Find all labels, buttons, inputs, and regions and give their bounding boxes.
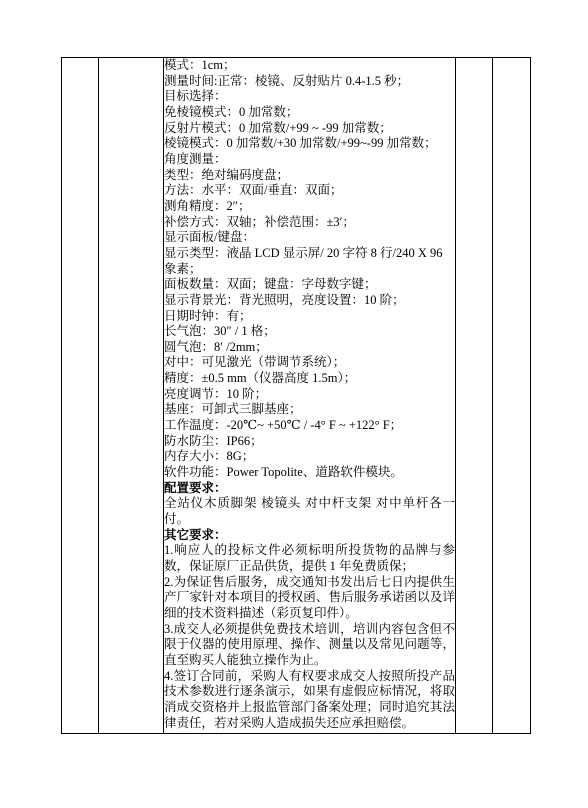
spec-line: 显示面板/键盘： [164, 230, 455, 246]
spec-line: 显示背景光：背光照明，亮度设置：10 阶； [164, 293, 455, 309]
spec-line: 类型：绝对编码度盘； [164, 168, 455, 184]
empty-cell-left-2 [99, 58, 164, 734]
document-page: 模式：1cm； 测量时间:正常：棱镜、反射贴片 0.4-1.5 秒； 目标选择：… [0, 0, 588, 808]
spec-line: 日期时钟：有； [164, 309, 455, 325]
spec-line: 对中：可见激光（带调节系统）； [164, 355, 455, 371]
spec-line: 圆气泡：8′ /2mm； [164, 340, 455, 356]
spec-line: 亮度调节：10 阶； [164, 387, 455, 403]
spec-content-cell: 模式：1cm； 测量时间:正常：棱镜、反射贴片 0.4-1.5 秒； 目标选择：… [164, 58, 456, 734]
other-requirement-item: 3.成交人必须提供免费技术培训，培训内容包含但不限于仪器的使用原理、操作、测量以… [164, 622, 455, 669]
spec-line: 长气泡：30″ / 1 格； [164, 324, 455, 340]
spec-line: 棱镜模式：0 加常数/+30 加常数/+99~-99 加常数； [164, 136, 455, 152]
spec-line: 工作温度：-20℃~ +50℃ / -4° F ~ +122° F； [164, 418, 455, 434]
spec-line: 反射片模式：0 加常数/+99 ~ -99 加常数； [164, 121, 455, 137]
spec-line: 基座：可卸式三脚基座； [164, 402, 455, 418]
config-requirements-heading: 配置要求： [164, 481, 455, 497]
empty-cell-right-1 [456, 58, 493, 734]
spec-line: 补偿方式：双轴；补偿范围：±3′； [164, 215, 455, 231]
other-requirements-heading: 其它要求： [164, 528, 455, 544]
other-requirement-item: 2.为保证售后服务，成交通知书发出后七日内提供生产厂家针对本项目的授权函、售后服… [164, 575, 455, 622]
spec-line: 防水防尘：IP66； [164, 434, 455, 450]
spec-line: 模式：1cm； [164, 58, 455, 74]
other-requirement-item: 1.响应人的投标文件必须标明所投货物的品牌与参数，保证原厂正品供货，提供 1 年… [164, 543, 455, 574]
spec-line: 精度：±0.5 mm（仪器高度 1.5m）； [164, 371, 455, 387]
spec-line: 免棱镜模式：0 加常数； [164, 105, 455, 121]
other-requirement-item: 4.签订合同前，采购人有权要求成交人按照所投产品技术参数进行逐条演示，如果有虚假… [164, 669, 455, 732]
spec-line: 方法：水平：双面/垂直：双面； [164, 183, 455, 199]
spec-table: 模式：1cm； 测量时间:正常：棱镜、反射贴片 0.4-1.5 秒； 目标选择：… [61, 57, 531, 734]
spec-line: 测量时间:正常：棱镜、反射贴片 0.4-1.5 秒； [164, 74, 455, 90]
empty-cell-left-1 [62, 58, 99, 734]
spec-line: 目标选择： [164, 89, 455, 105]
config-requirements-text: 全站仪木质脚架 棱镜头 对中杆支架 对中单杆各一付。 [164, 496, 455, 527]
spec-line: 面板数量：双面；键盘：字母数字键； [164, 277, 455, 293]
spec-line: 内存大小：8G； [164, 449, 455, 465]
spec-line: 测角精度：2″； [164, 199, 455, 215]
empty-cell-right-2 [493, 58, 531, 734]
table-row: 模式：1cm； 测量时间:正常：棱镜、反射贴片 0.4-1.5 秒； 目标选择：… [62, 58, 531, 734]
spec-line: 软件功能：Power Topolite、道路软件模块。 [164, 465, 455, 481]
spec-line: 显示类型：液晶 LCD 显示屏/ 20 字符 8 行/240 X 96 象素； [164, 246, 455, 277]
spec-line: 角度测量： [164, 152, 455, 168]
